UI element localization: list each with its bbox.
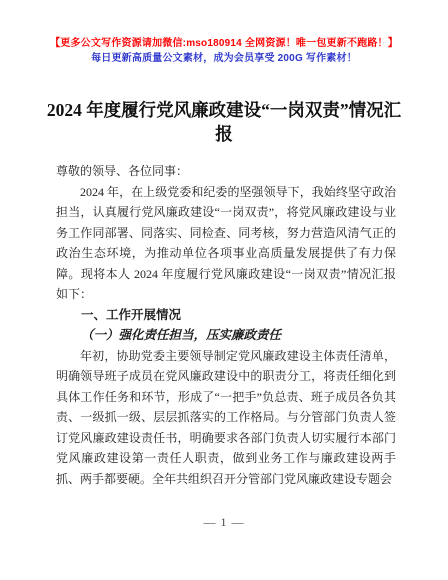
document-title: 2024 年度履行党风廉政建设“一岗双责”情况汇报 [42, 98, 406, 146]
section-heading-1: 一、工作开展情况 [56, 305, 396, 326]
page-number: — 1 — [0, 515, 448, 530]
document-body: 尊敬的领导、各位同事： 2024 年，在上级党委和纪委的坚强领导下，我始终坚守政… [56, 161, 396, 489]
watermark-line-2: 每日更新高质量公文素材，成为会员享受 200G 写作素材！ [0, 52, 448, 65]
salutation: 尊敬的领导、各位同事： [56, 161, 396, 182]
paragraph-intro: 2024 年，在上级党委和纪委的坚强领导下，我始终坚守政治担当，认真履行党风廉政… [56, 182, 396, 305]
subsection-heading-1: （一）强化责任担当，压实廉政责任 [56, 325, 396, 346]
document-page: 【更多公文写作资源请加微信:mso180914 全网资源！唯一包更新不跑路！】 … [0, 0, 448, 580]
watermark-line-1: 【更多公文写作资源请加微信:mso180914 全网资源！唯一包更新不跑路！】 [0, 37, 448, 50]
watermark-header: 【更多公文写作资源请加微信:mso180914 全网资源！唯一包更新不跑路！】 … [0, 0, 448, 65]
paragraph-section-body: 年初，协助党委主要领导制定党风廉政建设主体责任清单，明确领导班子成员在党风廉政建… [56, 346, 396, 490]
